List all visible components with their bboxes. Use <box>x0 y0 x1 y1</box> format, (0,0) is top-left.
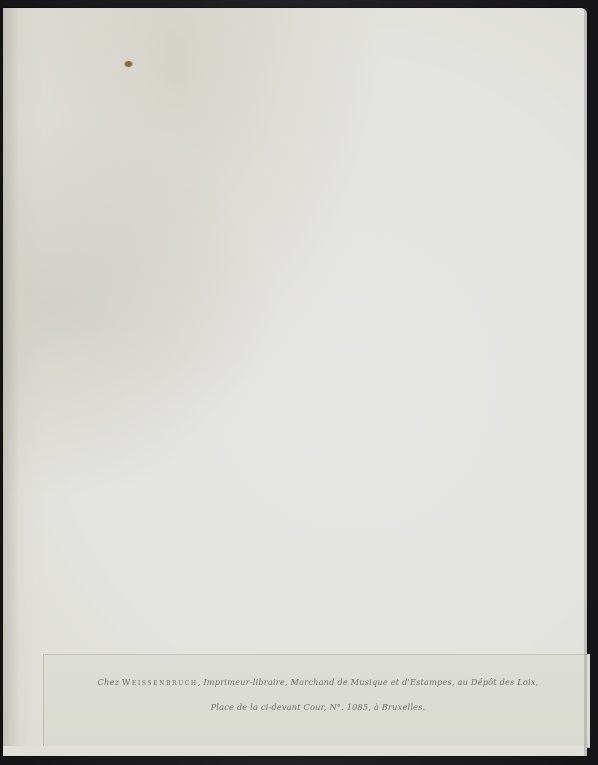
bottom-margin <box>3 746 587 756</box>
imprint-description: , Imprimeur-libraire, Marchand de Musiqu… <box>198 677 539 687</box>
imprint-line-1: Chez Weissenbruch, Imprimeur-libraire, M… <box>63 670 573 695</box>
imprint-printer-name: Weissenbruch <box>122 677 198 687</box>
foxing-stain <box>124 61 133 67</box>
paper-sheet: Chez Weissenbruch, Imprimeur-libraire, M… <box>3 8 587 756</box>
imprint-line-2: Place de la ci-devant Cour, N°. 1085, à … <box>63 695 573 720</box>
paper-worn-edge <box>3 8 43 756</box>
printer-imprint: Chez Weissenbruch, Imprimeur-libraire, M… <box>63 670 573 720</box>
paper-right-edge <box>584 8 587 756</box>
imprint-prefix: Chez <box>98 677 122 687</box>
